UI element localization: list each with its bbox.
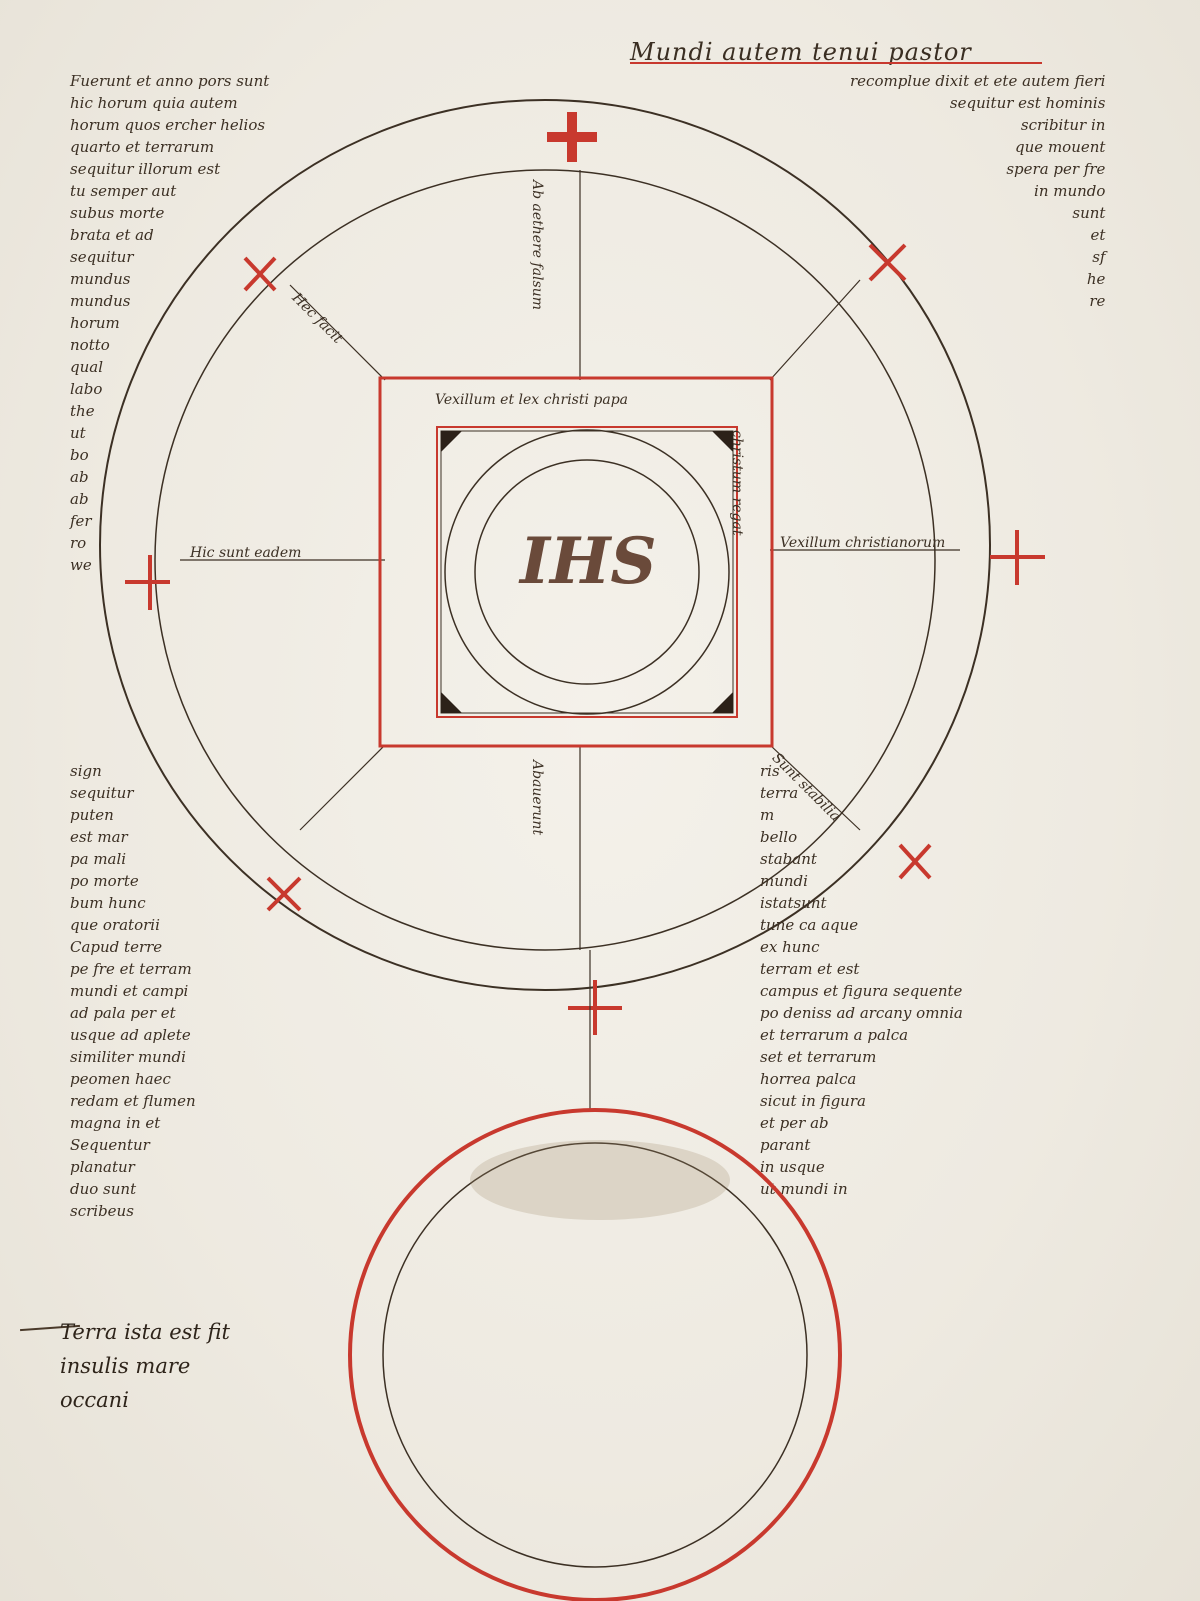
- cross-marks: [547, 112, 597, 162]
- manuscript-page: Mundi autem tenui pastor Fuerunt et anno…: [0, 0, 1200, 1601]
- square-label-right: christum regat: [729, 430, 745, 536]
- spoke-label-right: Vexillum christianorum: [780, 535, 945, 551]
- spoke-label-bottom: Abauerunt: [529, 760, 545, 835]
- caption-line: occani: [60, 1383, 230, 1417]
- caption-line: Terra ista est fit: [60, 1315, 230, 1349]
- caption-line: insulis mare: [60, 1349, 230, 1383]
- spoke-label-top: Ab aethere falsum: [529, 180, 545, 310]
- caption: Terra ista est fit insulis mare occani: [60, 1315, 230, 1417]
- ihs-monogram: IHS: [520, 524, 657, 599]
- square-label-top: Vexillum et lex christi papa: [435, 392, 628, 408]
- spoke-label-left: Hic sunt eadem: [190, 545, 301, 561]
